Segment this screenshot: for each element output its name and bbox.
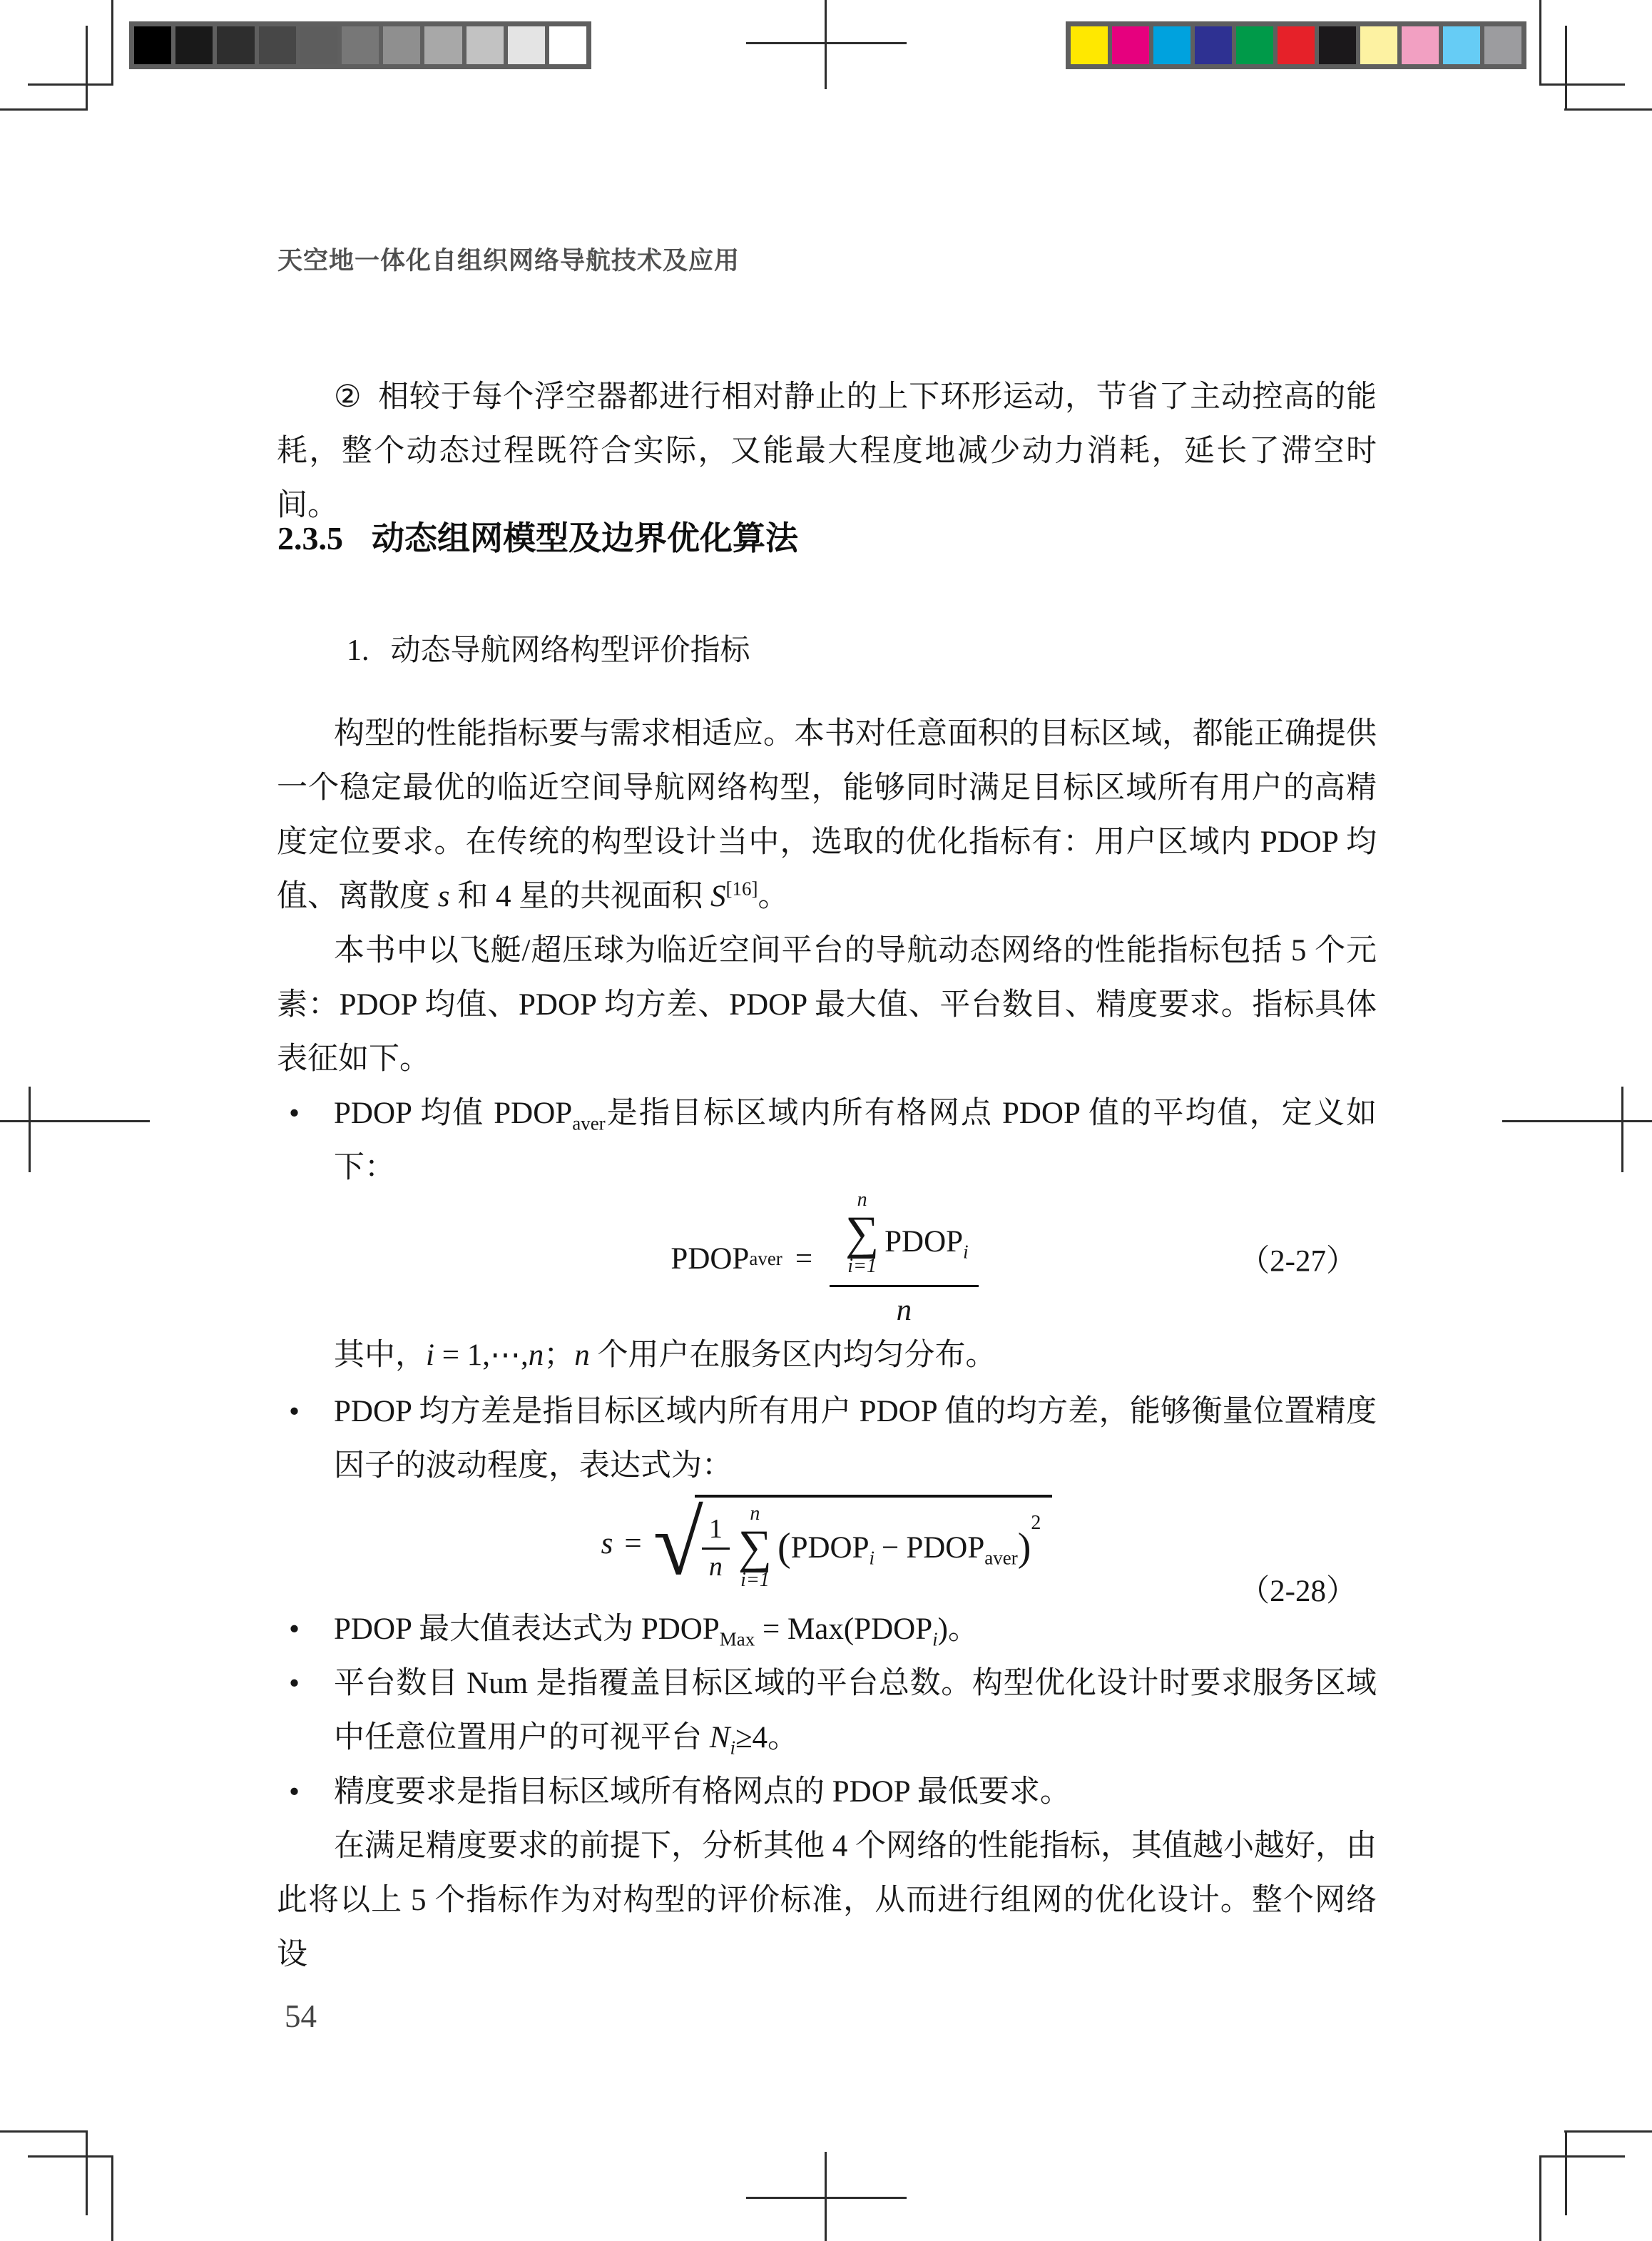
color-swatch <box>1319 26 1356 64</box>
crop-mark-top-right <box>1539 0 1541 86</box>
bullet-icon: • <box>289 1657 300 1711</box>
formula-lhs: s <box>601 1526 613 1561</box>
subscript-i: i <box>730 1737 735 1759</box>
color-swatch <box>1484 26 1521 64</box>
var-n: n <box>574 1338 590 1372</box>
subscript-max: Max <box>720 1629 755 1650</box>
summation: n ∑ i=1 <box>845 1189 879 1278</box>
color-swatch <box>134 26 171 64</box>
body-block-4: • 平台数目 Num 是指覆盖目标区域的平台总数。构型优化设计时要求服务区域中任… <box>277 1657 1377 1982</box>
body-block-2: • PDOP 均方差是指目标区域内所有用户 PDOP 值的均方差，能够衡量位置精… <box>277 1385 1377 1493</box>
equation-number: （2-27） <box>1239 1237 1357 1281</box>
bullet-text: )。 <box>938 1612 979 1646</box>
bullet-text: PDOP 最大值表达式为 PDOP <box>334 1612 720 1646</box>
bullet-item-pdop-mean: • PDOP 均值 PDOPaver是指目标区域内所有格网点 PDOP 值的平均… <box>277 1087 1377 1195</box>
paragraph-intro: ②相较于每个浮空器都进行相对静止的上下环形运动，节省了主动控高的能耗，整个动态过… <box>277 370 1377 533</box>
color-swatch <box>424 26 462 64</box>
bullet-item-pdop-max: • PDOP 最大值表达式为 PDOPMax = Max(PDOPi)。 <box>277 1602 1377 1657</box>
paragraph-text: 相较于每个浮空器都进行相对静止的上下环形运动，节省了主动控高的能耗，整个动态过程… <box>277 380 1377 522</box>
section-title: 动态组网模型及边界优化算法 <box>372 520 798 557</box>
color-swatch <box>1153 26 1190 64</box>
bullet-icon: • <box>289 1385 300 1439</box>
crop-mark-middle-left <box>0 1120 150 1122</box>
numerator: 1 <box>709 1513 723 1548</box>
crop-mark-top-center <box>746 42 907 44</box>
crop-mark-bottom-center <box>746 2197 907 2199</box>
term-pdop-aver: PDOP <box>906 1531 984 1565</box>
crop-mark-bottom-left <box>111 2155 113 2241</box>
bullet-item-pdop-std: • PDOP 均方差是指目标区域内所有用户 PDOP 值的均方差，能够衡量位置精… <box>277 1385 1377 1493</box>
crop-mark-middle-left <box>29 1087 31 1172</box>
bullet-item-accuracy-requirement: • 精度要求是指目标区域所有格网点的 PDOP 最低要求。 <box>277 1765 1377 1819</box>
bullet-text: PDOP 均值 PDOP <box>334 1097 572 1130</box>
equals-sign: = <box>624 1526 641 1561</box>
color-swatch <box>508 26 545 64</box>
bullet-text: PDOP 均方差是指目标区域内所有用户 PDOP 值的均方差，能够衡量位置精度因… <box>334 1395 1377 1483</box>
paragraph-text: 和 4 星的共视面积 <box>449 880 710 913</box>
formula-lhs: PDOP <box>671 1241 749 1276</box>
formula-2-27: PDOPaver = n ∑ i=1 PDOPi n （2-27） <box>277 1187 1377 1330</box>
color-swatch <box>342 26 379 64</box>
paragraph: 本书中以飞艇/超压球为临近空间平台的导航动态网络的性能指标包括 5 个元素：PD… <box>277 924 1377 1087</box>
summation: n ∑ i=1 <box>738 1503 772 1592</box>
var-s: s <box>438 880 450 913</box>
crop-mark-bottom-left <box>86 2131 88 2215</box>
open-paren: ( <box>777 1528 791 1567</box>
fraction: n ∑ i=1 PDOPi n <box>830 1189 979 1328</box>
body-block-1: 构型的性能指标要与需求相适应。本书对任意面积的目标区域，都能正确提供一个稳定最优… <box>277 707 1377 1195</box>
bullet-icon: • <box>289 1765 300 1819</box>
subsection-number: 1. <box>347 632 369 669</box>
subsection-title: 动态导航网络构型评价指标 <box>391 632 750 669</box>
color-swatch <box>175 26 213 64</box>
color-swatch <box>1071 26 1108 64</box>
color-swatch <box>1402 26 1439 64</box>
close-paren: ) <box>1018 1528 1031 1567</box>
var-n: n <box>529 1338 544 1372</box>
crop-mark-top-left <box>86 26 88 110</box>
color-swatch <box>300 26 337 64</box>
crop-mark-bottom-right <box>1564 2130 1652 2133</box>
bullet-text: 平台数目 Num 是指覆盖目标区域的平台总数。构型优化设计时要求服务区域中任意位… <box>334 1667 1377 1754</box>
crop-mark-bottom-right <box>1539 2155 1541 2241</box>
var-S: S <box>710 880 726 913</box>
body-block-3: • PDOP 最大值表达式为 PDOPMax = Max(PDOPi)。 <box>277 1602 1377 1657</box>
grayscale-calibration-bar <box>129 21 591 69</box>
circled-number-marker: ② <box>334 380 362 414</box>
bullet-item-platform-count: • 平台数目 Num 是指覆盖目标区域的平台总数。构型优化设计时要求服务区域中任… <box>277 1657 1377 1765</box>
color-swatch <box>1360 26 1397 64</box>
paragraph: 构型的性能指标要与需求相适应。本书对任意面积的目标区域，都能正确提供一个稳定最优… <box>277 707 1377 924</box>
text: 个用户在服务区内均匀分布。 <box>590 1338 996 1372</box>
text: ； <box>544 1338 574 1372</box>
color-swatch <box>259 26 296 64</box>
color-swatch <box>383 26 420 64</box>
crop-mark-top-left <box>111 0 113 86</box>
color-swatch <box>1112 26 1149 64</box>
color-swatch <box>1195 26 1232 64</box>
crop-mark-top-left <box>0 108 88 111</box>
color-swatch <box>466 26 504 64</box>
var-N: N <box>710 1721 730 1754</box>
crop-mark-middle-right <box>1502 1120 1652 1122</box>
subscript-aver: aver <box>984 1547 1017 1568</box>
term-pdop-i: PDOP <box>791 1531 870 1565</box>
square-root: √ 1 n n ∑ i=1 ( PDOPi − PDOPaver ) 2 <box>653 1495 1053 1592</box>
color-swatch <box>217 26 254 64</box>
numerator-term: PDOP <box>884 1225 963 1259</box>
book-page: { "page": { "header_title": "天空地一体化自组织网络… <box>0 0 1652 2241</box>
crop-mark-bottom-left <box>0 2130 88 2133</box>
sigma-symbol: ∑ <box>845 1211 879 1256</box>
subscript-aver: aver <box>572 1113 605 1134</box>
crop-mark-bottom-right <box>1539 2155 1625 2158</box>
sum-lower-limit: i=1 <box>847 1256 877 1278</box>
paragraph: 在满足精度要求的前提下，分析其他 4 个网络的性能指标，其值越小越好，由此将以上… <box>277 1819 1377 1982</box>
denominator: n <box>702 1548 730 1582</box>
crop-mark-middle-right <box>1621 1087 1623 1172</box>
var-i: i <box>426 1338 434 1372</box>
crop-mark-top-right <box>1539 83 1625 86</box>
color-swatch <box>1443 26 1480 64</box>
subsection-heading: 1. 动态导航网络构型评价指标 <box>347 632 750 669</box>
section-number: 2.3.5 <box>277 520 343 557</box>
denominator: n <box>830 1285 979 1328</box>
reference-superscript: [16] <box>725 878 758 900</box>
minus-sign: − <box>882 1530 899 1565</box>
bullet-icon: • <box>289 1087 300 1141</box>
bullet-text: = Max(PDOP <box>755 1612 932 1646</box>
sum-lower-limit: i=1 <box>740 1570 770 1592</box>
page-number: 54 <box>285 1998 317 2035</box>
subscript-i: i <box>932 1629 938 1650</box>
equals-sign: = <box>795 1241 812 1276</box>
running-head-book-title: 天空地一体化自组织网络导航技术及应用 <box>277 241 740 277</box>
crop-mark-top-right <box>1564 108 1652 111</box>
text: = 1,⋯, <box>434 1338 529 1372</box>
where-clause: 其中，i = 1,⋯,n；n 个用户在服务区内均匀分布。 <box>334 1328 996 1383</box>
sigma-symbol: ∑ <box>738 1525 772 1570</box>
bullet-icon: • <box>289 1602 300 1657</box>
crop-mark-top-left <box>28 83 113 86</box>
crop-mark-top-center <box>825 0 827 89</box>
color-swatch <box>1278 26 1315 64</box>
subscript-i: i <box>870 1547 875 1568</box>
subscript-i: i <box>963 1241 969 1263</box>
crop-mark-bottom-left <box>28 2155 113 2158</box>
crop-mark-bottom-right <box>1565 2131 1567 2215</box>
crop-mark-top-right <box>1565 26 1567 110</box>
section-heading: 2.3.5 动态组网模型及边界优化算法 <box>277 520 798 557</box>
text: 其中， <box>334 1338 426 1372</box>
bullet-text: 精度要求是指目标区域所有格网点的 PDOP 最低要求。 <box>334 1775 1071 1809</box>
color-calibration-bar <box>1066 21 1526 69</box>
color-swatch <box>549 26 586 64</box>
fraction-1-over-n: 1 n <box>702 1513 730 1582</box>
bullet-text: ≥4。 <box>735 1721 798 1754</box>
formula-2-28: s = √ 1 n n ∑ i=1 ( PDOPi − PDOPaver ) 2 <box>277 1483 1377 1604</box>
paragraph-text: 。 <box>758 880 788 913</box>
color-swatch <box>1236 26 1273 64</box>
